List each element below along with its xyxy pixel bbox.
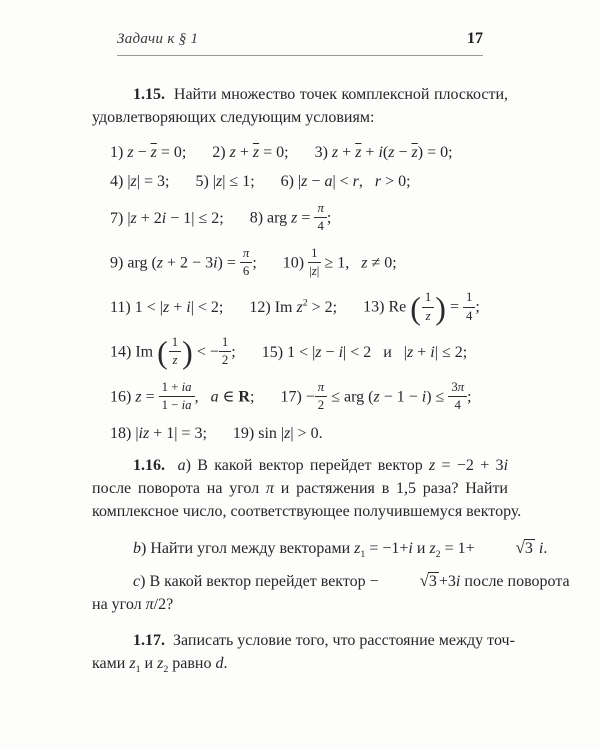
- condition-18: 18) |iz + 1| = 3;: [110, 425, 207, 443]
- condition-4: 4) |z| = 3;: [110, 173, 169, 191]
- conditions-row: 9) arg (z + 2 − 3i) = π6; 10) 1|z| ≥ 1, …: [110, 247, 508, 281]
- condition-13: 13) Re (1z) = 14;: [363, 291, 480, 325]
- condition-15: 15) 1 < |z − i| < 2 и |z + i| ≤ 2;: [262, 344, 467, 362]
- scanned-textbook-page: Задачи к § 1 17 1.15. Найти множество то…: [0, 0, 600, 750]
- text-line: c) В какой вектор перейдет вектор −√3+3i…: [92, 569, 508, 593]
- condition-10: 10) 1|z| ≥ 1, z ≠ 0;: [283, 247, 397, 281]
- condition-14: 14) Im (1z) < −12;: [110, 336, 236, 370]
- text-line: комплексное число, соответствующее получ…: [92, 500, 508, 523]
- conditions-row: 18) |iz + 1| = 3; 19) sin |z| > 0.: [110, 425, 508, 443]
- text-line: на угол π/2?: [92, 593, 508, 616]
- text-line: после поворота на угол π и растяжения в …: [92, 477, 508, 500]
- condition-5: 5) |z| ≤ 1;: [195, 173, 254, 191]
- condition-11: 11) 1 < |z + i| < 2;: [110, 299, 223, 317]
- condition-7: 7) |z + 2i − 1| ≤ 2;: [110, 210, 224, 228]
- condition-6: 6) |z − a| < r, r > 0;: [281, 173, 411, 191]
- page-number: 17: [467, 30, 483, 48]
- conditions-row: 11) 1 < |z + i| < 2; 12) Im z2 > 2; 13) …: [110, 291, 508, 325]
- problem-1-15: 1.15. Найти множество точек комплексной …: [92, 83, 508, 129]
- running-head-title: Задачи к § 1: [117, 31, 198, 48]
- text-line: ками z1 и z2 равно d.: [92, 652, 508, 675]
- conditions-row: 4) |z| = 3; 5) |z| ≤ 1; 6) |z − a| < r, …: [110, 173, 508, 191]
- condition-8: 8) arg z = π4;: [250, 202, 332, 236]
- text-line: b) Найти угол между векторами z1 = −1+i …: [92, 536, 508, 560]
- conditions-list: 1) z − z = 0; 2) z + z = 0; 3) z + z + i…: [92, 144, 508, 443]
- page-content: Задачи к § 1 17 1.15. Найти множество то…: [92, 30, 508, 675]
- running-head: Задачи к § 1 17: [117, 30, 483, 56]
- problem-1-16-c: c) В какой вектор перейдет вектор −√3+3i…: [92, 569, 508, 616]
- condition-16: 16) z = 1 + ia1 − ia, a ∈ R;: [110, 381, 254, 415]
- text-line: 1.16. a) В какой вектор перейдет вектор …: [92, 454, 508, 477]
- condition-12: 12) Im z2 > 2;: [249, 299, 337, 317]
- conditions-row: 16) z = 1 + ia1 − ia, a ∈ R; 17) −π2 ≤ a…: [110, 381, 508, 415]
- text-line: удовлетворяющих следующим условиям:: [92, 106, 508, 129]
- condition-19: 19) sin |z| > 0.: [233, 425, 323, 443]
- condition-2: 2) z + z = 0;: [212, 144, 288, 162]
- conditions-row: 14) Im (1z) < −12; 15) 1 < |z − i| < 2 и…: [110, 336, 508, 370]
- conditions-row: 7) |z + 2i − 1| ≤ 2; 8) arg z = π4;: [110, 202, 508, 236]
- problem-1-16-a: 1.16. a) В какой вектор перейдет вектор …: [92, 454, 508, 523]
- problem-1-16-b: b) Найти угол между векторами z1 = −1+i …: [92, 536, 508, 560]
- condition-1: 1) z − z = 0;: [110, 144, 186, 162]
- condition-17: 17) −π2 ≤ arg (z − 1 − i) ≤ 3π4;: [280, 381, 471, 415]
- text-line: 1.15. Найти множество точек комплексной …: [92, 83, 508, 106]
- condition-9: 9) arg (z + 2 − 3i) = π6;: [110, 247, 257, 281]
- problem-1-17: 1.17. Записать условие того, что расстоя…: [92, 629, 508, 675]
- conditions-row: 1) z − z = 0; 2) z + z = 0; 3) z + z + i…: [110, 144, 508, 162]
- text-line: 1.17. Записать условие того, что расстоя…: [92, 629, 508, 652]
- condition-3: 3) z + z + i(z − z) = 0;: [315, 144, 453, 162]
